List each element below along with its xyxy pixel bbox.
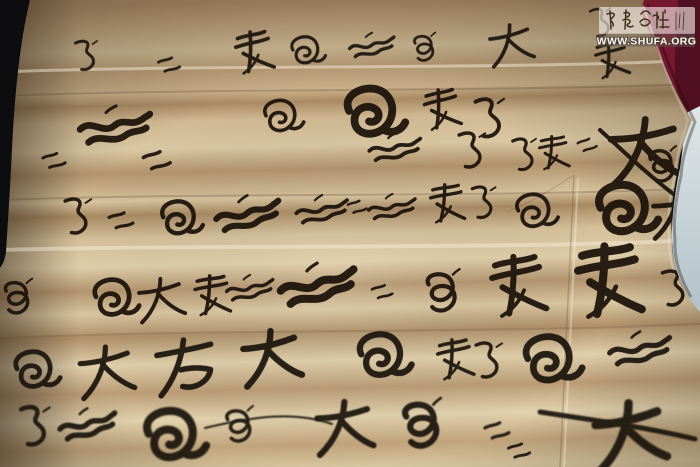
- paper-shading: [0, 0, 700, 467]
- photo-stage: WWW.SHUFA.ORG: [0, 0, 700, 467]
- watermark-url-text: WWW.SHUFA.ORG: [597, 36, 697, 48]
- watermark: WWW.SHUFA.ORG: [597, 7, 697, 48]
- calligraphy-photo: WWW.SHUFA.ORG: [0, 0, 700, 467]
